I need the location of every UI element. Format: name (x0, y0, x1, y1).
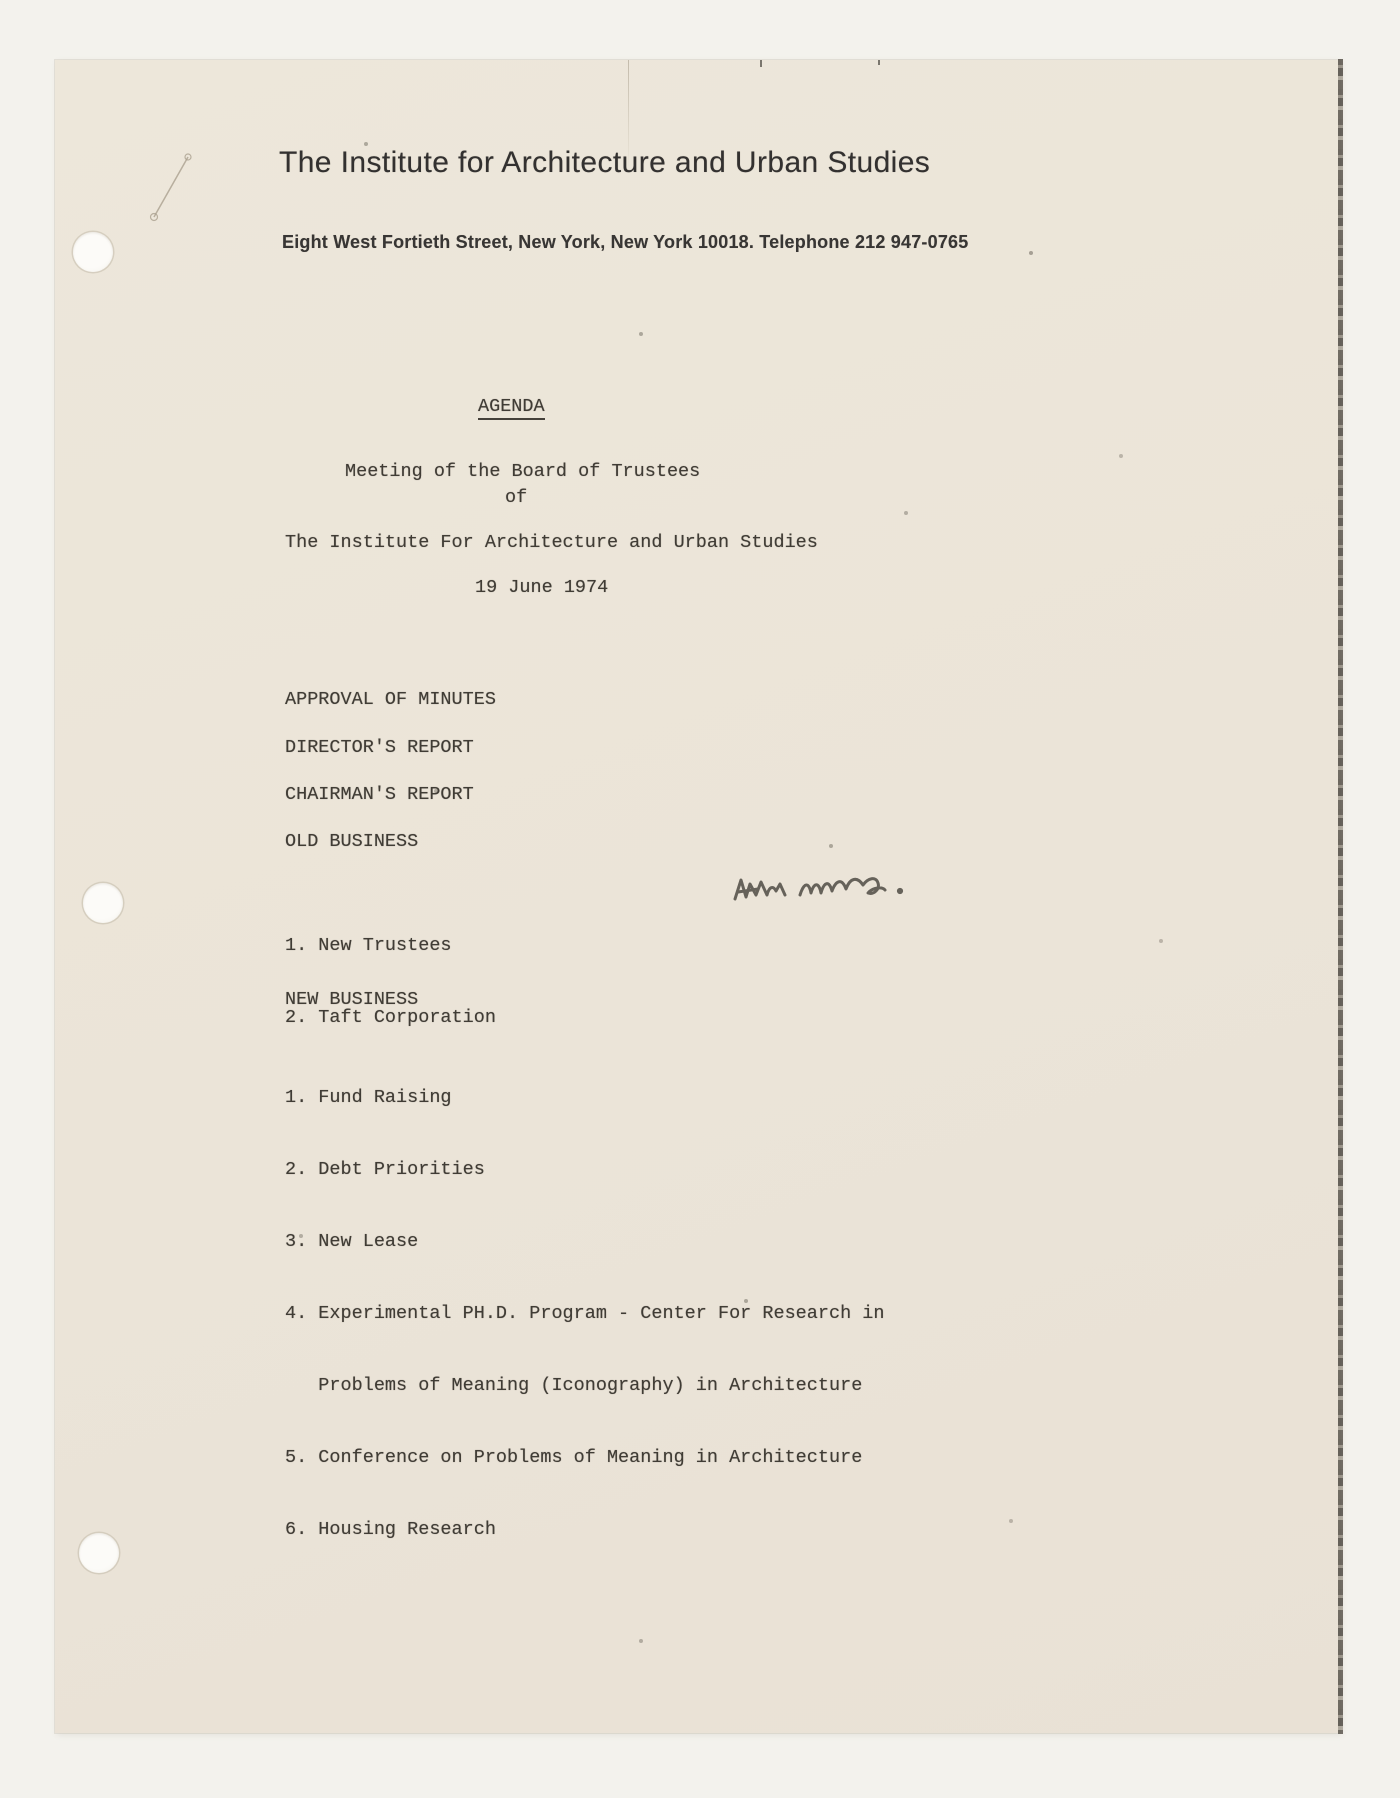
new-business-item: 3. New Lease (285, 1230, 885, 1254)
handwritten-note-transcription: Attach minutes. (755, 872, 756, 873)
section-old-business: OLD BUSINESS (285, 830, 418, 854)
new-business-item: 1. Fund Raising (285, 1086, 885, 1110)
meeting-date: 19 June 1974 (475, 576, 608, 600)
meeting-title-line-2: of (505, 486, 527, 510)
section-chairmans-report: CHAIRMAN'S REPORT (285, 783, 474, 807)
agenda-heading: AGENDA (478, 396, 545, 420)
meeting-title-line-3: The Institute For Architecture and Urban… (285, 531, 818, 555)
new-business-item: 4. Experimental PH.D. Program - Center F… (285, 1302, 885, 1326)
scan-background: { "document": { "letterhead": { "title":… (0, 0, 1400, 1798)
meeting-title-line-1: Meeting of the Board of Trustees (345, 460, 700, 484)
scan-mark-top-1 (760, 60, 762, 67)
letterhead-title: The Institute for Architecture and Urban… (279, 146, 930, 180)
hole-punch-bottom (79, 1533, 119, 1573)
new-business-item-continuation: Problems of Meaning (Iconography) in Arc… (285, 1374, 885, 1398)
section-new-business: NEW BUSINESS (285, 988, 418, 1012)
new-business-item: 2. Debt Priorities (285, 1158, 885, 1182)
hole-punch-middle (83, 883, 123, 923)
crease-mark (55, 60, 215, 240)
new-business-item: 6. Housing Research (285, 1518, 885, 1542)
new-business-list: 1. Fund Raising 2. Debt Priorities 3. Ne… (285, 1038, 885, 1590)
document-page: The Institute for Architecture and Urban… (55, 60, 1340, 1733)
section-approval-of-minutes: APPROVAL OF MINUTES (285, 688, 496, 712)
scan-edge-strip (1338, 59, 1343, 1734)
agenda-heading-wrap: AGENDA (478, 395, 545, 419)
old-business-item: 1. New Trustees (285, 934, 496, 958)
handwritten-note (730, 865, 920, 915)
letterhead-address: Eight West Fortieth Street, New York, Ne… (282, 232, 968, 253)
scan-mark-top-2 (878, 60, 880, 65)
new-business-item: 5. Conference on Problems of Meaning in … (285, 1446, 885, 1470)
section-directors-report: DIRECTOR'S REPORT (285, 736, 474, 760)
